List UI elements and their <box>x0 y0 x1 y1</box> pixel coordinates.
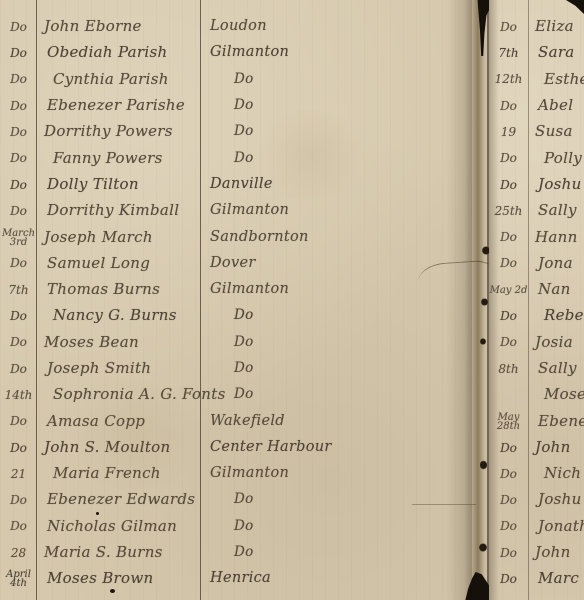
row-name: Sally <box>528 359 584 377</box>
row-date: 19 <box>489 125 528 138</box>
row-date: Do <box>489 572 528 585</box>
row-name: John <box>528 438 584 456</box>
register-row: DoEliza <box>489 13 584 39</box>
register-row: DoPolly <box>489 144 584 170</box>
right-page-rows: DoEliza7thSara12thEstherDoAbel19SusaDoPo… <box>489 13 584 592</box>
row-name: Abel <box>528 96 584 114</box>
register-row: DoNich <box>489 460 584 486</box>
row-name: Joshu <box>528 490 584 508</box>
register-row: DoDorrithy KimballGilmanton <box>0 197 472 223</box>
register-row: May 2dNan <box>489 276 584 302</box>
register-row: DoJohn <box>489 434 584 460</box>
register-row: 7thThomas BurnsGilmanton <box>0 276 472 302</box>
row-residence: Do <box>200 334 472 350</box>
row-name: John <box>528 543 584 561</box>
row-name: Maria French <box>37 464 200 482</box>
register-row: DoNicholas GilmanDo <box>0 513 472 539</box>
binding-spot <box>480 338 486 345</box>
register-row: Mose <box>489 381 584 407</box>
row-name: Ebenezer Edwards <box>37 490 200 508</box>
row-date: Do <box>0 335 37 348</box>
row-residence: Sandbornton <box>200 229 472 245</box>
row-date: Do <box>0 414 37 427</box>
row-name: Sophronia A. G. Fonts <box>37 385 200 403</box>
row-date: Do <box>489 151 528 164</box>
register-row: DoJoshu <box>489 486 584 512</box>
row-residence: Gilmanton <box>200 465 472 481</box>
ink-fleck <box>96 512 99 515</box>
row-date: Do <box>489 467 528 480</box>
row-name: John S. Moulton <box>37 438 200 456</box>
row-date: Do <box>0 46 37 59</box>
ink-fleck <box>110 589 115 593</box>
row-date: Do <box>0 72 37 85</box>
register-row: DoMoses BeanDo <box>0 329 472 355</box>
row-date: 7th <box>0 283 37 296</box>
row-date: Do <box>0 362 37 375</box>
register-row: DoAbel <box>489 92 584 118</box>
register-row: April 4thMoses BrownHenrica <box>0 565 472 591</box>
row-name: Mose <box>528 385 584 403</box>
row-name: Sara <box>528 43 584 61</box>
row-residence: Loudon <box>200 18 472 34</box>
row-residence: Gilmanton <box>200 202 472 218</box>
row-name: Fanny Powers <box>37 149 200 167</box>
row-date: 12th <box>489 72 528 85</box>
register-row: DoJona <box>489 250 584 276</box>
binding-spot <box>481 298 488 306</box>
row-residence: Henrica <box>200 570 472 586</box>
row-date: Do <box>489 519 528 532</box>
row-name: Polly <box>528 149 584 167</box>
row-name: John Eborne <box>37 17 200 35</box>
row-residence: Do <box>200 97 472 113</box>
row-name: Obediah Parish <box>37 43 200 61</box>
row-date: Do <box>489 335 528 348</box>
register-row: DoDorrithy PowersDo <box>0 118 472 144</box>
row-name: Ebenezer Parishe <box>37 96 200 114</box>
row-date: 7th <box>489 46 528 59</box>
row-date: Do <box>0 204 37 217</box>
register-row: 8thSally <box>489 355 584 381</box>
row-name: Dorrithy Powers <box>37 122 200 140</box>
ledger-right-page: DoEliza7thSara12thEstherDoAbel19SusaDoPo… <box>489 0 584 600</box>
register-row: DoJohn <box>489 539 584 565</box>
register-row: DoHann <box>489 223 584 249</box>
row-name: Dorrithy Kimball <box>37 201 200 219</box>
row-date: Do <box>489 178 528 191</box>
row-name: Amasa Copp <box>37 412 200 430</box>
row-residence: Wakefield <box>200 413 472 429</box>
row-name: Moses Bean <box>37 333 200 351</box>
ledger-left-page: DoJohn EborneLoudonDoObediah ParishGilma… <box>0 0 472 600</box>
row-name: Joshu <box>528 175 584 193</box>
row-residence: Do <box>200 386 472 402</box>
register-row: DoJonath <box>489 513 584 539</box>
row-name: Nan <box>528 280 584 298</box>
ledger-screenshot: DoJohn EborneLoudonDoObediah ParishGilma… <box>0 0 584 600</box>
register-row: 14thSophronia A. G. FontsDo <box>0 381 472 407</box>
row-date <box>489 393 528 395</box>
row-date: Do <box>0 441 37 454</box>
register-row: DoNancy G. BurnsDo <box>0 302 472 328</box>
row-date: Do <box>0 256 37 269</box>
row-date: Do <box>489 20 528 33</box>
register-row: DoEbenezer ParisheDo <box>0 92 472 118</box>
row-name: Rebe <box>528 306 584 324</box>
register-row: DoRebe <box>489 302 584 328</box>
row-name: Cynthia Parish <box>37 70 200 88</box>
row-date: April 4th <box>0 568 37 588</box>
row-name: Joseph March <box>37 228 200 246</box>
row-name: Jonath <box>528 517 584 535</box>
row-name: Jona <box>528 254 584 272</box>
register-row: DoJohn S. MoultonCenter Harbour <box>0 434 472 460</box>
register-row: 12thEsther <box>489 66 584 92</box>
register-row: 7thSara <box>489 39 584 65</box>
row-date: Do <box>0 125 37 138</box>
row-residence: Center Harbour <box>200 439 472 455</box>
row-date: Do <box>489 493 528 506</box>
register-row: DoAmasa CoppWakefield <box>0 407 472 433</box>
row-date: Do <box>0 99 37 112</box>
row-date: Do <box>0 178 37 191</box>
row-date: Do <box>489 441 528 454</box>
row-name: Nicholas Gilman <box>37 517 200 535</box>
register-row: 19Susa <box>489 118 584 144</box>
register-row: DoObediah ParishGilmanton <box>0 39 472 65</box>
row-date: Do <box>0 519 37 532</box>
row-date: 8th <box>489 362 528 375</box>
register-row: DoMarc <box>489 565 584 591</box>
row-name: Nich <box>528 464 584 482</box>
row-date: Do <box>0 493 37 506</box>
row-name: Moses Brown <box>37 569 200 587</box>
row-date: Do <box>489 99 528 112</box>
row-date: May 28th <box>489 411 528 431</box>
row-residence: Danville <box>200 176 472 192</box>
register-row: DoJohn EborneLoudon <box>0 13 472 39</box>
row-name: Thomas Burns <box>37 280 200 298</box>
row-name: Ebene <box>528 412 584 430</box>
row-name: Josia <box>528 333 584 351</box>
left-page-rows: DoJohn EborneLoudonDoObediah ParishGilma… <box>0 13 472 592</box>
row-date: 21 <box>0 467 37 480</box>
row-name: Marc <box>528 569 584 587</box>
register-row: DoFanny PowersDo <box>0 144 472 170</box>
row-residence: Gilmanton <box>200 44 472 60</box>
row-name: Nancy G. Burns <box>37 306 200 324</box>
row-date: 14th <box>0 388 37 401</box>
row-name: Eliza <box>528 17 584 35</box>
binding-spot <box>479 543 487 552</box>
register-row: DoSamuel LongDover <box>0 250 472 276</box>
row-residence: Do <box>200 123 472 139</box>
row-name: Esther <box>528 70 584 88</box>
register-row: DoJoseph SmithDo <box>0 355 472 381</box>
row-residence: Do <box>200 307 472 323</box>
register-row: DoJoshu <box>489 171 584 197</box>
register-row: DoEbenezer EdwardsDo <box>0 486 472 512</box>
register-row: DoDolly TiltonDanville <box>0 171 472 197</box>
row-date: Do <box>0 20 37 33</box>
register-row: March 3rdJoseph MarchSandbornton <box>0 223 472 249</box>
pencil-line <box>412 504 476 505</box>
row-residence: Do <box>200 360 472 376</box>
register-row: 25thSally <box>489 197 584 223</box>
row-date: Do <box>489 230 528 243</box>
row-name: Hann <box>528 228 584 246</box>
row-name: Joseph Smith <box>37 359 200 377</box>
row-name: Maria S. Burns <box>37 543 200 561</box>
register-row: DoJosia <box>489 329 584 355</box>
row-residence: Do <box>200 544 472 560</box>
row-residence: Do <box>200 518 472 534</box>
row-residence: Do <box>200 71 472 87</box>
row-name: Sally <box>528 201 584 219</box>
register-row: 28Maria S. BurnsDo <box>0 539 472 565</box>
row-date: Do <box>489 546 528 559</box>
row-name: Dolly Tilton <box>37 175 200 193</box>
row-date: Do <box>0 309 37 322</box>
register-row: 21Maria FrenchGilmanton <box>0 460 472 486</box>
binding-spot <box>480 460 487 470</box>
row-residence: Do <box>200 150 472 166</box>
row-date: Do <box>489 309 528 322</box>
row-residence: Do <box>200 491 472 507</box>
row-date: 25th <box>489 204 528 217</box>
row-date: Do <box>0 151 37 164</box>
row-date: Do <box>489 256 528 269</box>
register-row: May 28thEbene <box>489 407 584 433</box>
row-date: March 3rd <box>0 227 37 247</box>
register-row: DoCynthia ParishDo <box>0 66 472 92</box>
row-name: Susa <box>528 122 584 140</box>
row-name: Samuel Long <box>37 254 200 272</box>
row-date: 28 <box>0 546 37 559</box>
row-date: May 2d <box>489 284 528 295</box>
